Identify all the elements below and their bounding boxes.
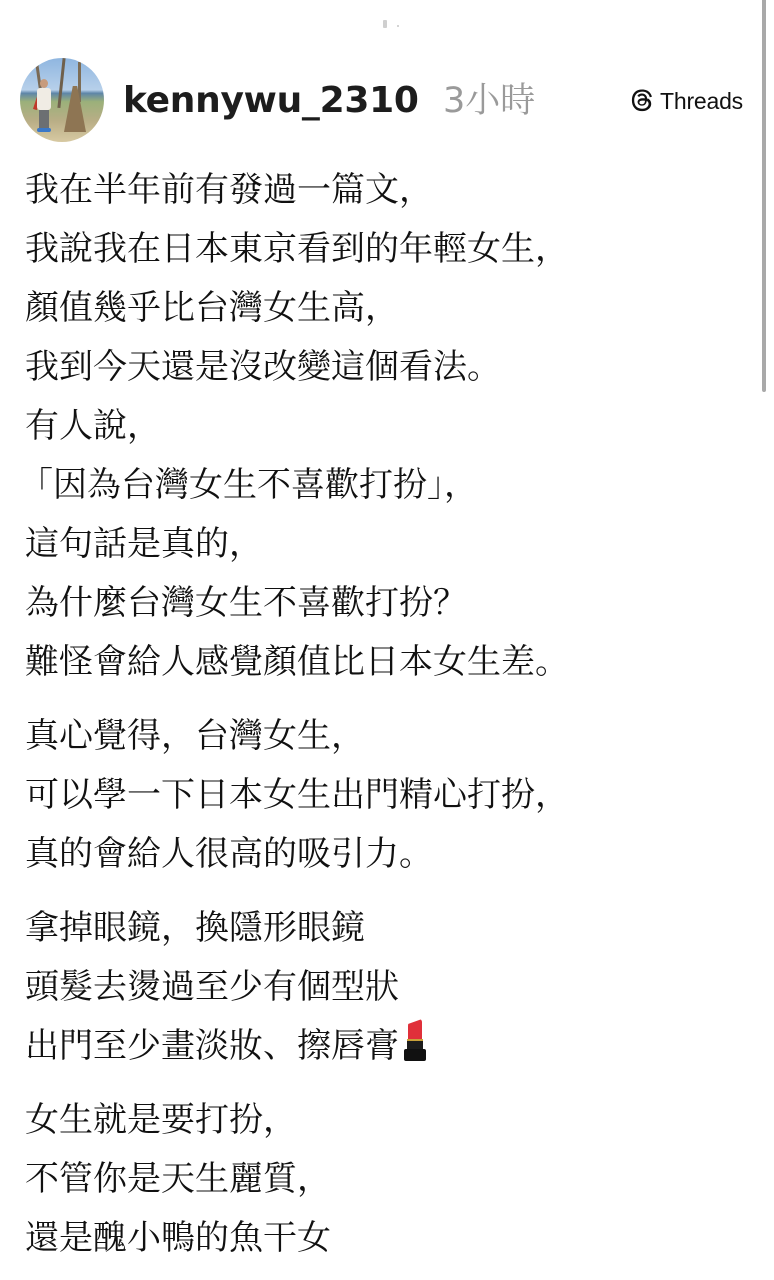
avatar-straw-figure: [64, 86, 86, 132]
post-text-line: 女生就是要打扮，: [25, 1091, 745, 1150]
post-timestamp: 3小時: [443, 78, 535, 124]
post-paragraph: 我在半年前有發過一篇文， 我說我在日本東京看到的年輕女生， 顏值幾乎比台灣女生高…: [25, 161, 745, 692]
post-text-line: 拿掉眼鏡，換隱形眼鏡: [25, 899, 745, 958]
avatar-person-shoes: [37, 128, 51, 132]
post-text-line: 可以學一下日本女生出門精心打扮，: [25, 766, 745, 825]
post-text-line: 這句話是真的，: [25, 515, 745, 574]
post-text-line: 出門至少畫淡妝、擦唇膏: [25, 1026, 399, 1066]
post-text-line: 不管你是天生麗質，: [25, 1150, 745, 1209]
post-text-line: 我到今天還是沒改變這個看法。: [25, 338, 745, 397]
post-text-line: 「因為台灣女生不喜歡打扮」，: [19, 456, 745, 515]
status-indicator: [383, 20, 387, 28]
threads-logo-icon: [630, 88, 654, 114]
avatar-person-head: [40, 79, 48, 88]
lipstick-tip: [408, 1019, 422, 1039]
avatar-person: [37, 88, 51, 110]
threads-brand: Threads: [630, 86, 743, 116]
post-paragraph: 拿掉眼鏡，換隱形眼鏡 頭髮去燙過至少有個型狀 出門至少畫淡妝、擦唇膏: [25, 899, 745, 1076]
post-paragraph: 女生就是要打扮， 不管你是天生麗質， 還是醜小鴨的魚干女: [25, 1091, 745, 1268]
post-header: kennywu_2310 3小時 Threads: [20, 58, 755, 144]
post-text-line: 難怪會給人感覺顏值比日本女生差。: [25, 633, 745, 692]
vertical-scrollbar[interactable]: [762, 0, 766, 392]
post-text-line: 我在半年前有發過一篇文，: [25, 161, 745, 220]
avatar-person-legs: [39, 110, 49, 128]
post-text-line: 真心覺得，台灣女生，: [25, 707, 745, 766]
post-text-line: 為什麼台灣女生不喜歡打扮？: [25, 574, 745, 633]
post-paragraph: 真心覺得，台灣女生， 可以學一下日本女生出門精心打扮， 真的會給人很高的吸引力。: [25, 707, 745, 884]
post-text-line: 有人說，: [25, 397, 745, 456]
threads-label: Threads: [660, 88, 743, 115]
avatar[interactable]: [20, 58, 104, 142]
avatar-tree: [57, 58, 65, 108]
lipstick-emoji-icon: [403, 1019, 427, 1063]
post-text-line: 真的會給人很高的吸引力。: [25, 825, 745, 884]
post-body: 我在半年前有發過一篇文， 我說我在日本東京看到的年輕女生， 顏值幾乎比台灣女生高…: [25, 161, 745, 1280]
author-username[interactable]: kennywu_2310: [123, 78, 419, 124]
post-text-line-with-emoji: 出門至少畫淡妝、擦唇膏: [25, 1017, 745, 1076]
post-text-line: 我說我在日本東京看到的年輕女生，: [25, 220, 745, 279]
post-text-line: 頭髮去燙過至少有個型狀: [25, 958, 745, 1017]
post-text-line: 顏值幾乎比台灣女生高，: [25, 279, 745, 338]
lipstick-base: [404, 1049, 426, 1061]
post-text-line: 還是醜小鴨的魚干女: [25, 1209, 745, 1268]
